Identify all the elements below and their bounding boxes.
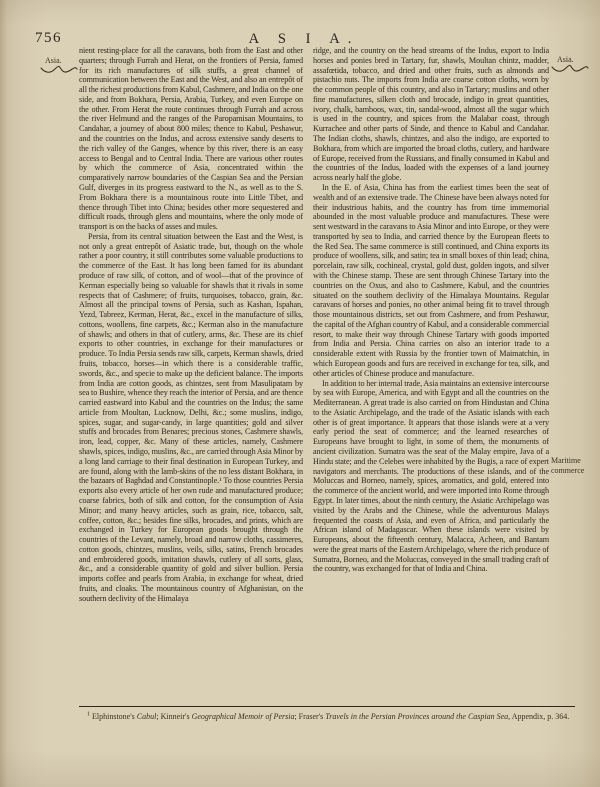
footnote: 1 Elphinstone's Cabul; Kinneir's Geograp… bbox=[79, 712, 575, 723]
footnote-text: , Appendix, p. 364. bbox=[508, 712, 569, 721]
swash-flourish-icon bbox=[551, 64, 589, 74]
book-page: 756 A S I A. Asia. Asia. Maritime commer… bbox=[0, 0, 600, 787]
footnote-book-title: Travels in the Persian Provinces around … bbox=[325, 712, 508, 721]
swash-flourish-icon bbox=[40, 65, 78, 75]
footnote-book-title: Geographical Memoir of Persia bbox=[192, 712, 295, 721]
margin-note-line: commerce bbox=[551, 466, 598, 476]
footnote-book-title: Cabul bbox=[137, 712, 157, 721]
footnote-text: ; Kinneir's bbox=[156, 712, 191, 721]
paragraph: In addition to her internal trade, Asia … bbox=[313, 379, 549, 575]
margin-note-maritime-commerce: Maritime commerce bbox=[551, 456, 598, 475]
margin-note-line: Maritime bbox=[551, 456, 598, 466]
paragraph: nient resting-place for all the caravans… bbox=[79, 46, 303, 232]
paragraph: ridge, and the country on the head strea… bbox=[313, 46, 549, 183]
two-column-text-block: nient resting-place for all the caravans… bbox=[79, 46, 549, 704]
footnote-rule bbox=[79, 706, 575, 707]
footnote-text: ; Fraser's bbox=[294, 712, 325, 721]
paragraph: Persia, from its central situation betwe… bbox=[79, 232, 303, 604]
footnote-text: Elphinstone's bbox=[90, 712, 137, 721]
left-column: nient resting-place for all the caravans… bbox=[79, 46, 303, 704]
paragraph: In the E. of Asia, China has from the ea… bbox=[313, 183, 549, 379]
right-column: ridge, and the country on the head strea… bbox=[313, 46, 549, 704]
